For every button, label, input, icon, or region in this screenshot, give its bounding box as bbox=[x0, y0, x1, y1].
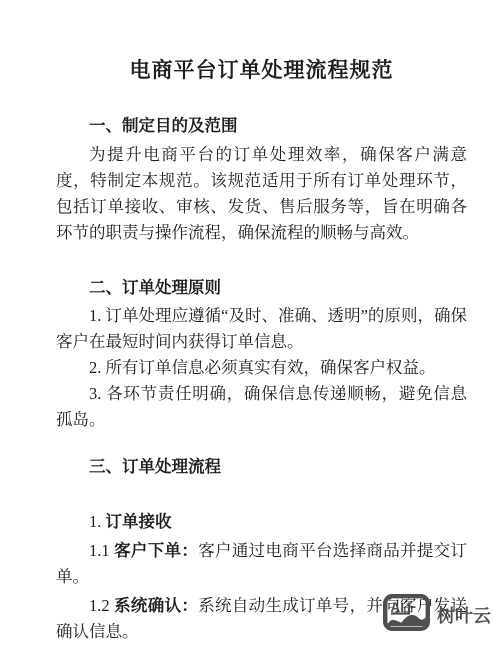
section-heading-purpose: 一、制定目的及范围 bbox=[56, 113, 467, 139]
step-number: 1.1 bbox=[89, 541, 110, 560]
paragraph-purpose: 为提升电商平台的订单处理效率，确保客户满意度，特制定本规范。该规范适用于所有订单… bbox=[56, 142, 467, 246]
principle-item-2: 2. 所有订单信息必须真实有效，确保客户权益。 bbox=[56, 355, 467, 381]
section-heading-process: 三、订单处理流程 bbox=[56, 454, 467, 480]
subsection-title: 订单接收 bbox=[106, 513, 172, 531]
subsection-number: 1. bbox=[89, 512, 101, 531]
document-page: 电商平台订单处理流程规范 一、制定目的及范围 为提升电商平台的订单处理效率，确保… bbox=[56, 0, 467, 645]
watermark-logo: AI 树叶云 bbox=[383, 594, 491, 636]
principle-item-1: 1. 订单处理应遵循“及时、准确、透明”的原则，确保客户在最短时间内获得订单信息… bbox=[56, 303, 467, 355]
document-title: 电商平台订单处理流程规范 bbox=[56, 57, 467, 85]
step-number: 1.2 bbox=[89, 596, 110, 615]
principle-item-3: 3. 各环节责任明确，确保信息传递顺畅，避免信息孤岛。 bbox=[56, 381, 467, 433]
ai-image-icon: AI bbox=[383, 594, 430, 636]
step-label: 系统确认： bbox=[114, 597, 198, 615]
brand-name: 树叶云 bbox=[437, 602, 491, 628]
process-step-1-1: 1.1 客户下单：客户通过电商平台选择商品并提交订单。 bbox=[56, 538, 467, 590]
subsection-heading-order-receiving: 1. 订单接收 bbox=[56, 509, 467, 535]
section-heading-principles: 二、订单处理原则 bbox=[56, 275, 467, 301]
step-label: 客户下单： bbox=[114, 542, 198, 560]
